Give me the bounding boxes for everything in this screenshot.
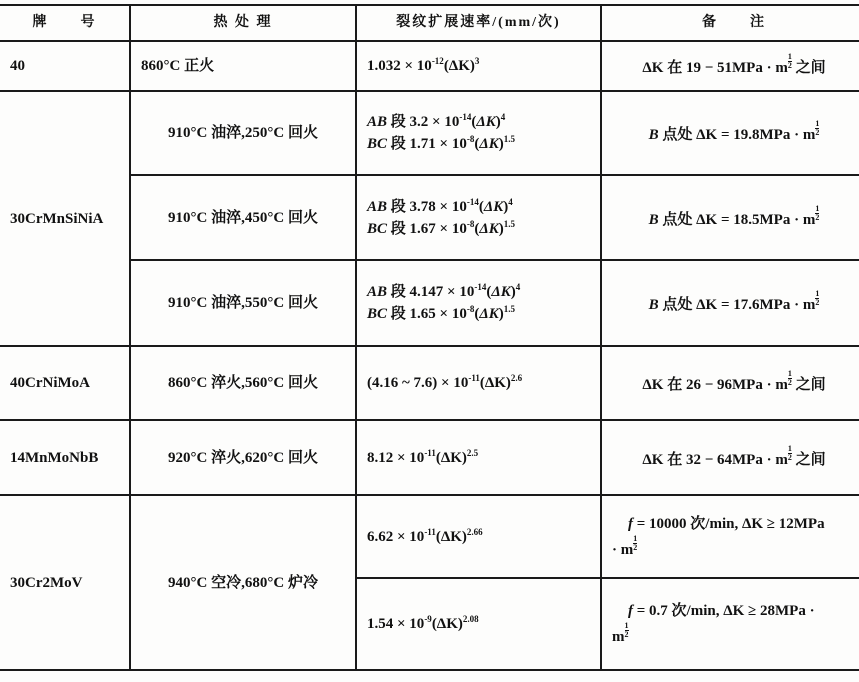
table-row: 40 860°C 正火 1.032 × 10-12(ΔK)3 ΔK 在 19 −…	[0, 41, 859, 91]
cell-note: f = 0.7 次/min, ΔK ≥ 28MPa · m12	[601, 578, 859, 670]
cell-note: B 点处 ΔK = 19.8MPa · m12	[601, 91, 859, 175]
header-crack-growth-rate: 裂纹扩展速率/(mm/次)	[356, 5, 601, 41]
header-grade: 牌 号	[0, 5, 130, 41]
fraction-half: 12	[625, 622, 629, 639]
cell-note: f = 10000 次/min, ΔK ≥ 12MPa · m12	[601, 495, 859, 578]
cell-rate: AB 段 4.147 × 10-14(ΔK)4 BC 段 1.65 × 10-8…	[356, 260, 601, 346]
table-row: 40CrNiMoA 860°C 淬火,560°C 回火 (4.16 ~ 7.6)…	[0, 346, 859, 420]
cell-grade: 30Cr2MoV	[0, 495, 130, 670]
crack-growth-rate-table: 牌 号 热 处 理 裂纹扩展速率/(mm/次) 备 注 40 860°C 正火 …	[0, 4, 859, 671]
cell-rate: AB 段 3.2 × 10-14(ΔK)4 BC 段 1.71 × 10-8(Δ…	[356, 91, 601, 175]
cell-note: B 点处 ΔK = 17.6MPa · m12	[601, 260, 859, 346]
cell-treatment: 910°C 油淬,450°C 回火	[130, 175, 356, 260]
table-row: 30Cr2MoV 940°C 空冷,680°C 炉冷 6.62 × 10-11(…	[0, 495, 859, 578]
cell-treatment: 910°C 油淬,250°C 回火	[130, 91, 356, 175]
cell-treatment: 860°C 正火	[130, 41, 356, 91]
cell-rate: 1.54 × 10-9(ΔK)2.08	[356, 578, 601, 670]
cell-treatment: 860°C 淬火,560°C 回火	[130, 346, 356, 420]
cell-rate: 8.12 × 10-11(ΔK)2.5	[356, 420, 601, 495]
fraction-half: 12	[815, 205, 819, 222]
cell-note: ΔK 在 26 − 96MPa · m12 之间	[601, 346, 859, 420]
cell-grade: 40CrNiMoA	[0, 346, 130, 420]
cell-rate: AB 段 3.78 × 10-14(ΔK)4 BC 段 1.67 × 10-8(…	[356, 175, 601, 260]
cell-note: ΔK 在 32 − 64MPa · m12 之间	[601, 420, 859, 495]
cell-treatment: 940°C 空冷,680°C 炉冷	[130, 495, 356, 670]
fraction-half: 12	[788, 370, 792, 387]
cell-note: ΔK 在 19 − 51MPa · m12 之间	[601, 41, 859, 91]
cell-note: B 点处 ΔK = 18.5MPa · m12	[601, 175, 859, 260]
table-row: 30CrMnSiNiA 910°C 油淬,250°C 回火 AB 段 3.2 ×…	[0, 91, 859, 175]
fraction-half: 12	[633, 535, 637, 552]
cell-grade: 14MnMoNbB	[0, 420, 130, 495]
fraction-half: 12	[815, 290, 819, 307]
cell-grade: 30CrMnSiNiA	[0, 91, 130, 346]
cell-rate: 1.032 × 10-12(ΔK)3	[356, 41, 601, 91]
cell-treatment: 910°C 油淬,550°C 回火	[130, 260, 356, 346]
header-row: 牌 号 热 处 理 裂纹扩展速率/(mm/次) 备 注	[0, 5, 859, 41]
header-heat-treatment: 热 处 理	[130, 5, 356, 41]
fraction-half: 12	[788, 53, 792, 70]
fraction-half: 12	[788, 445, 792, 462]
cell-treatment: 920°C 淬火,620°C 回火	[130, 420, 356, 495]
cell-rate: (4.16 ~ 7.6) × 10-11(ΔK)2.6	[356, 346, 601, 420]
header-remarks: 备 注	[601, 5, 859, 41]
cell-rate: 6.62 × 10-11(ΔK)2.66	[356, 495, 601, 578]
cell-grade: 40	[0, 41, 130, 91]
fraction-half: 12	[815, 120, 819, 137]
table-row: 14MnMoNbB 920°C 淬火,620°C 回火 8.12 × 10-11…	[0, 420, 859, 495]
